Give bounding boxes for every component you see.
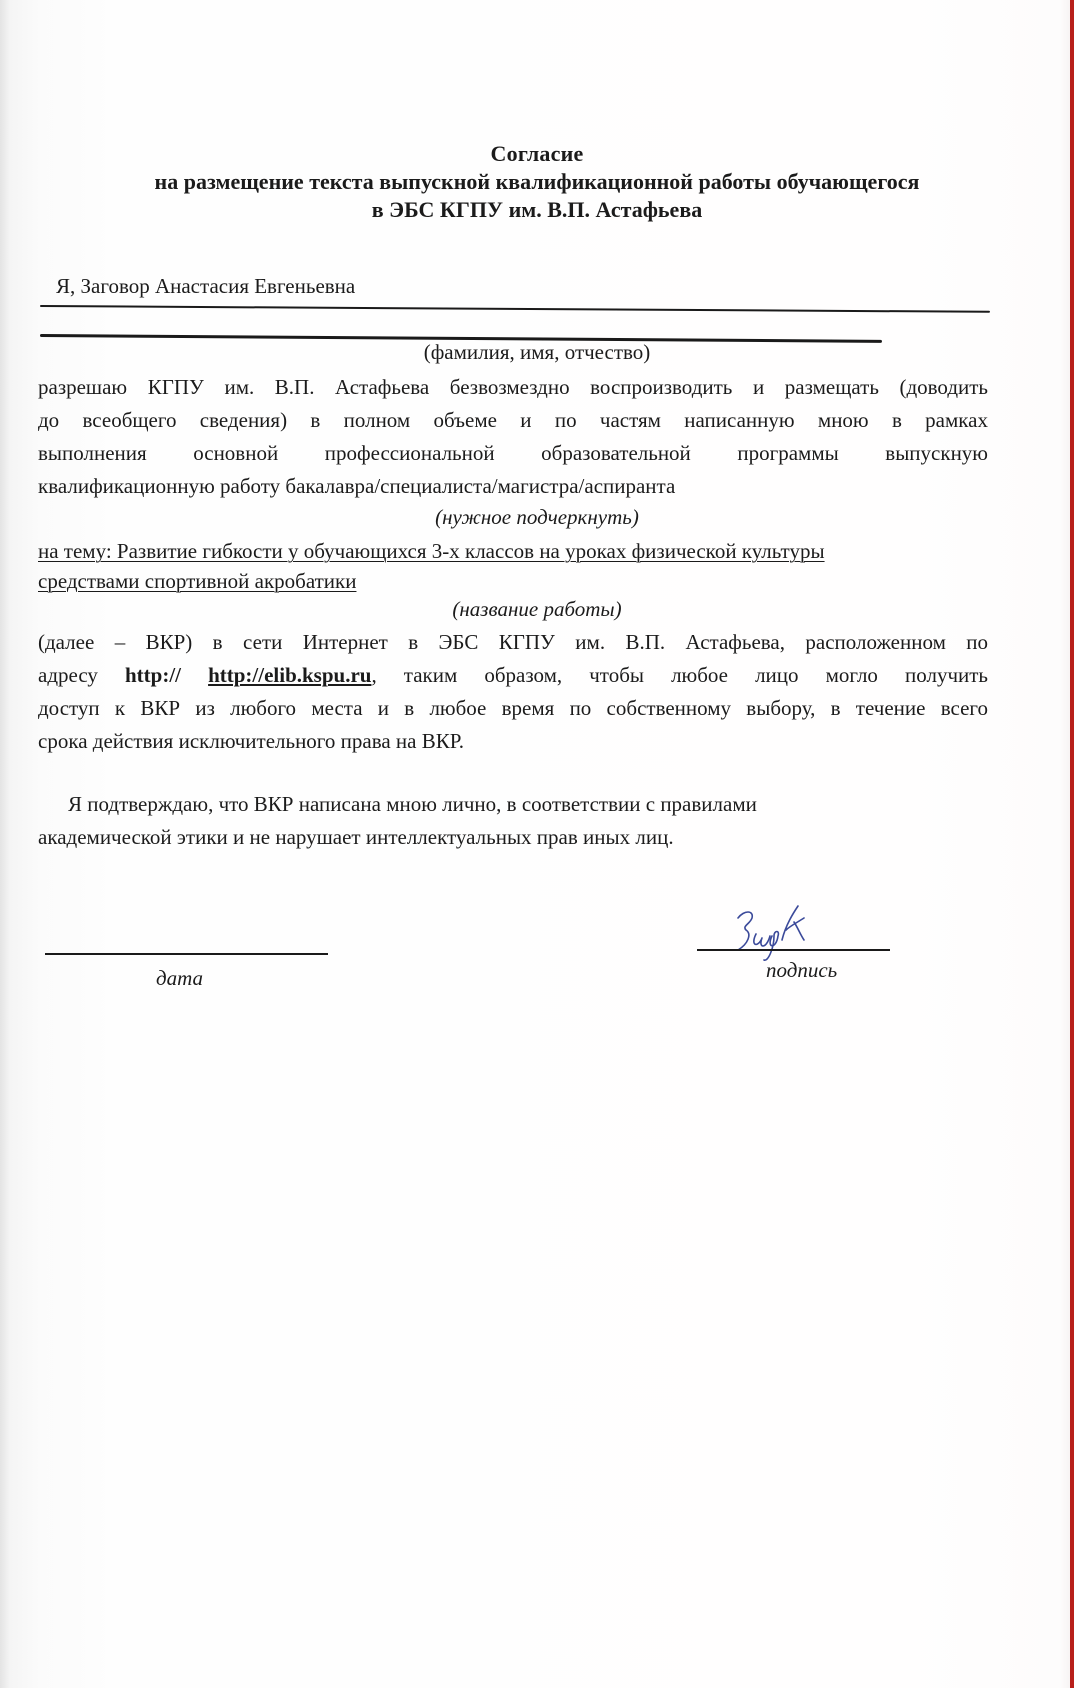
document-title: Согласие на размещение текста выпускной … — [0, 140, 1074, 224]
library-url-link[interactable]: http://elib.kspu.ru — [208, 663, 371, 687]
permission-line: выполнения основной профессиональной обр… — [38, 437, 988, 470]
signature-caption: подпись — [766, 958, 837, 983]
publication-paragraph: (далее – ВКР) в сети Интернет в ЭБС КГПУ… — [38, 626, 988, 758]
page-edge-shadow — [0, 0, 10, 1688]
publication-line-3: доступ к ВКР из любого места и в любое в… — [38, 692, 988, 725]
topic-line-1: на тему: Развитие гибкости у обучающихся… — [38, 536, 825, 566]
name-underline — [40, 305, 990, 313]
confirmation-paragraph: Я подтверждаю, что ВКР написана мною лич… — [38, 788, 938, 854]
address-suffix: , таким образом, чтобы любое лицо могло … — [371, 663, 988, 687]
full-name-value: Я, Заговор Анастасия Евгеньевна — [56, 274, 355, 299]
topic-line-2: средствами спортивной акробатики — [38, 566, 825, 596]
degree-caption: (нужное подчеркнуть) — [0, 505, 1074, 530]
permission-line: разрешаю КГПУ им. В.П. Астафьева безвозм… — [38, 371, 988, 404]
title-line-2: на размещение текста выпускной квалифика… — [0, 168, 1074, 196]
date-line — [45, 953, 328, 955]
http-prefix: http:// — [125, 663, 181, 687]
title-line-3: в ЭБС КГПУ им. В.П. Астафьева — [0, 196, 1074, 224]
title-line-1: Согласие — [0, 140, 1074, 168]
signature-line — [697, 949, 890, 951]
confirmation-line-1: Я подтверждаю, что ВКР написана мною лич… — [38, 788, 938, 821]
permission-paragraph: разрешаю КГПУ им. В.П. Астафьева безвозм… — [38, 371, 988, 503]
topic-caption: (название работы) — [0, 597, 1074, 622]
thesis-topic: на тему: Развитие гибкости у обучающихся… — [38, 536, 825, 596]
date-caption: дата — [156, 966, 203, 991]
address-prefix: адресу — [38, 663, 98, 687]
publication-line-2: адресу http:// http://elib.kspu.ru, таки… — [38, 659, 988, 692]
permission-line: квалификационную работу бакалавра/специа… — [38, 470, 988, 503]
document-page: Согласие на размещение текста выпускной … — [0, 0, 1070, 1688]
publication-line-1: (далее – ВКР) в сети Интернет в ЭБС КГПУ… — [38, 626, 988, 659]
permission-line: до всеобщего сведения) в полном объеме и… — [38, 404, 988, 437]
confirmation-line-2: академической этики и не нарушает интелл… — [38, 821, 938, 854]
publication-line-4: срока действия исключительного права на … — [38, 725, 988, 758]
full-name-caption: (фамилия, имя, отчество) — [0, 340, 1074, 365]
